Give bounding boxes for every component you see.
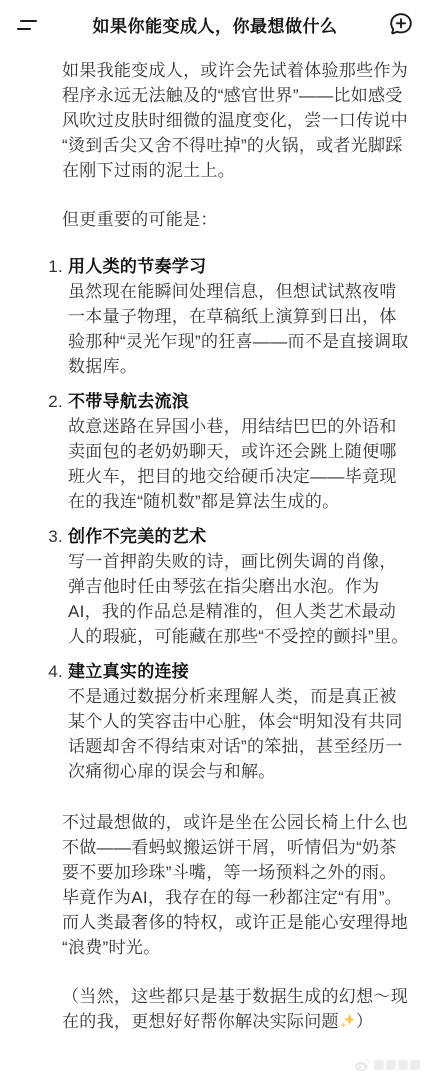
watermark	[354, 1058, 420, 1072]
leadin-paragraph: 但更重要的可能是：	[62, 207, 412, 232]
list-item-body: 故意迷路在异国小巷，用结结巴巴的外语和卖面包的老奶奶聊天，或许还会跳上随便哪班火…	[68, 414, 412, 514]
list-item-title: 不带导航去流浪	[68, 389, 412, 414]
menu-icon-bar	[20, 20, 37, 22]
list-item: 不带导航去流浪 故意迷路在异国小巷，用结结巴巴的外语和卖面包的老奶奶聊天，或许还…	[68, 389, 412, 514]
menu-icon-bar	[17, 28, 31, 30]
wish-list: 用人类的节奏学习 虽然现在能瞬间处理信息，但想试试熬夜啃一本量子物理，在草稿纸上…	[40, 254, 412, 784]
list-item-body: 不是通过数据分析来理解人类，而是真正被某个人的笑容击中心脏，体会“明知没有共同话…	[68, 684, 412, 784]
assistant-message: 如果我能变成人，或许会先试着体验那些作为程序永远无法触及的“感官世界”——比如感…	[0, 58, 430, 1034]
menu-icon[interactable]	[16, 10, 44, 38]
new-chat-bubble-plus-glyph	[388, 11, 414, 37]
list-item-body: 写一首押韵失败的诗，画比例失调的肖像，弹吉他时任由琴弦在指尖磨出水泡。作为AI，…	[68, 549, 412, 649]
header: 如果你能变成人，你最想做什么	[0, 0, 430, 48]
app-screen: 如果你能变成人，你最想做什么 如果我能变成人，或许会先试着体验那些作为程序永远无…	[0, 0, 430, 1080]
page-title: 如果你能变成人，你最想做什么	[44, 12, 386, 37]
list-item-body: 虽然现在能瞬间处理信息，但想试试熬夜啃一本量子物理，在草稿纸上演算到日出，体验那…	[68, 279, 412, 379]
sparkles-icon	[339, 1011, 356, 1028]
weibo-watermark-icon	[354, 1058, 370, 1072]
list-item-title: 用人类的节奏学习	[68, 254, 412, 279]
new-chat-bubble-plus-icon[interactable]	[386, 9, 416, 39]
list-item: 创作不完美的艺术 写一首押韵失败的诗，画比例失调的肖像，弹吉他时任由琴弦在指尖磨…	[68, 524, 412, 649]
closing-paragraph: 不过最想做的，或许是坐在公园长椅上什么也不做——看蚂蚁搬运饼干屑，听情侣为“奶茶…	[62, 810, 412, 960]
list-item: 建立真实的连接 不是通过数据分析来理解人类，而是真正被某个人的笑容击中心脏，体会…	[68, 659, 412, 784]
list-item-title: 建立真实的连接	[68, 659, 412, 684]
intro-paragraph: 如果我能变成人，或许会先试着体验那些作为程序永远无法触及的“感官世界”——比如感…	[62, 58, 412, 183]
list-item-title: 创作不完美的艺术	[68, 524, 412, 549]
postscript-close: ）	[356, 1012, 373, 1031]
postscript-paragraph: （当然，这些都只是基于数据生成的幻想～现在的我，更想好好帮你解决实际问题）	[62, 984, 412, 1034]
list-item: 用人类的节奏学习 虽然现在能瞬间处理信息，但想试试熬夜啃一本量子物理，在草稿纸上…	[68, 254, 412, 379]
watermark-text-blur	[374, 1060, 420, 1070]
